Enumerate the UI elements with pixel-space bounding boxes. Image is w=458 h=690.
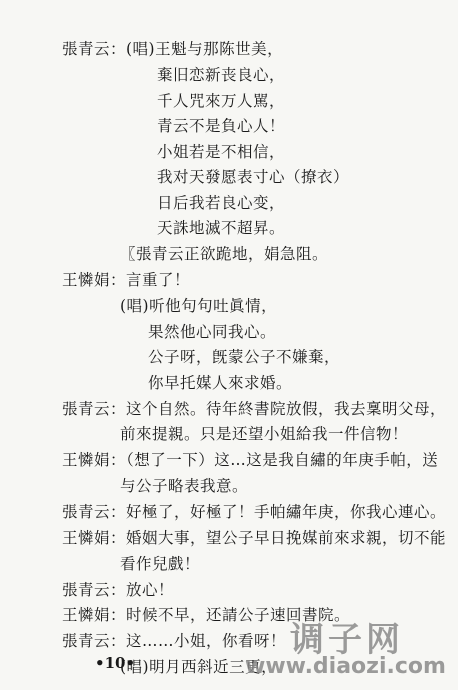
script-line: 小姐若是不相信， (157, 142, 285, 162)
page-number: •10• (95, 654, 135, 672)
script-line: 張青云：这个自然。待年終書院放假，我去稟明父母， (62, 399, 446, 419)
script-line: 張青云：放心！ (62, 580, 174, 600)
script-line: 日后我若良心变， (157, 193, 285, 213)
script-line: 我对天發愿表寸心（撩衣） (157, 167, 349, 187)
script-line: 前來提親。只是还望小姐給我一件信物！ (120, 424, 408, 444)
script-line: 果然他心同我心。 (148, 322, 276, 342)
script-line: 王憐娟：（想了一下）这…这是我自繡的年庚手帕，送 (62, 450, 438, 470)
script-line: 你早托媒人來求婚。 (148, 373, 292, 393)
script-line: 天誅地滅不超昇。 (157, 218, 285, 238)
script-line: 公子呀，旣蒙公子不嫌棄， (148, 347, 340, 367)
script-line: (唱)听他句句吐眞情， (120, 296, 277, 316)
script-line: 〖張青云正欲跪地，娟急阻。 (120, 244, 328, 264)
script-line: 張青云：(唱)王魁与那陈世美， (62, 39, 283, 59)
script-line: 張青云：这……小姐，你看呀！ (62, 631, 286, 651)
script-line: 青云不是負心人！ (157, 116, 285, 136)
document-page: 張青云：(唱)王魁与那陈世美，棄旧恋新丧良心，千人咒來万人駡，青云不是負心人！小… (0, 0, 458, 690)
script-line: 王憐娟：言重了！ (62, 270, 190, 290)
script-line: 王憐娟：婚姻大事，望公子早日挽媒前來求親，切不能 (62, 528, 446, 548)
watermark-url: www.diaozi.com (245, 654, 446, 679)
script-line: 張青云：好極了，好極了！手帕繡年庚，你我心連心。 (62, 502, 446, 522)
script-line: 千人咒來万人駡， (157, 91, 285, 111)
script-line: 与公子略表我意。 (120, 476, 248, 496)
script-line: 看作兒戲！ (120, 554, 200, 574)
script-line: 棄旧恋新丧良心， (157, 65, 285, 85)
